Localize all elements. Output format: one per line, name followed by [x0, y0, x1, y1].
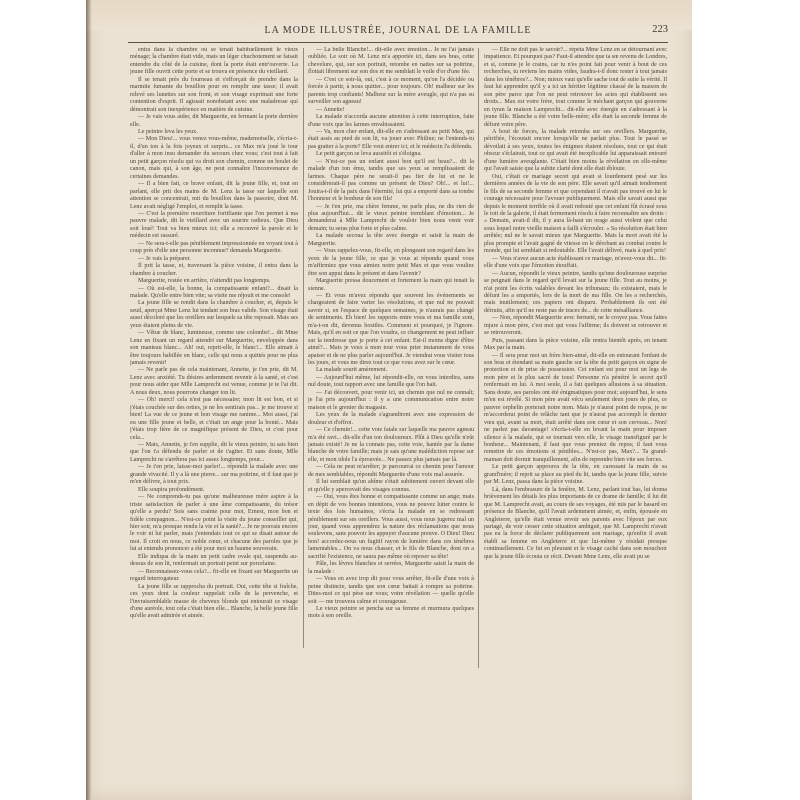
magazine-page: LA MODE ILLUSTRÉE, JOURNAL DE LA FAMILLE…: [86, 0, 692, 800]
paragraph: Il se tenait près du fourneau et s'effor…: [130, 77, 298, 114]
paragraph: — Où est-elle, la bonne, la compatissant…: [130, 286, 298, 301]
paragraph: Le vieux peintre se pencha sur sa femme …: [308, 606, 474, 621]
binding-edge: [86, 0, 92, 800]
paragraph: La jeune fille se rapprocha du portrait.…: [130, 584, 298, 621]
paragraph: — Cela ne peut m'arrêter; je parcourrai …: [308, 464, 474, 479]
paragraph: — Elle ne doit pas le savoir?... répéta …: [484, 47, 667, 129]
paragraph: — Non, répondit Marguerite avec fermeté,…: [484, 315, 667, 337]
paragraph: — Va, mon cher enfant, dit-elle en s'adr…: [308, 129, 474, 151]
paragraph: La malade sourit amèrement.: [308, 367, 474, 374]
paragraph: A bout de forces, la malade retomba sur …: [484, 129, 667, 174]
paragraph: Puis, passant dans la pièce voisine, ell…: [484, 338, 667, 353]
text-columns: entra dans la chambre où se tenait habit…: [130, 47, 668, 787]
paragraph: Le petit garçon approuva de la tête, en …: [484, 464, 667, 486]
paragraph: — C'est la première nourriture fortifian…: [130, 211, 298, 241]
paragraph: — C'est ce soir-là, oui, c'est à ce mome…: [308, 77, 474, 107]
paragraph: — Oui, vous êtes bonne et compatissante …: [308, 494, 474, 561]
paragraph: — Aucun, répondit le vieux peintre, tand…: [484, 271, 667, 316]
paragraph: Les yeux de la malade s'agrandirent avec…: [308, 412, 474, 427]
header-rule: [128, 42, 668, 43]
paragraph: — Il sera pour moi un frère bien-aimé, d…: [484, 353, 667, 465]
paragraph: — Ne sera-t-elle pas péniblement impress…: [130, 241, 298, 256]
paragraph: Le petit garçon se leva aussitôt et s'él…: [308, 151, 474, 158]
paragraph: — Vous rappelez-vous, fit-elle, en plong…: [308, 248, 474, 278]
paragraph: La malade secoua la tête avec énergie et…: [308, 233, 474, 248]
paragraph: — Je t'en prie, ma chère femme, ne parle…: [308, 204, 474, 234]
paragraph: entra dans la chambre où se tenait habit…: [130, 47, 298, 77]
paragraph: Là, dans l'embrasure de la fenêtre, M. L…: [484, 487, 667, 562]
paragraph: Marguerite, restée en arrière, n'attendi…: [130, 278, 298, 285]
paragraph: — Ne parle pas de cela maintenant, Annet…: [130, 367, 298, 397]
paragraph: — Mais, Annette, je t'en supplie, dit le…: [130, 442, 298, 464]
paragraph: — Vous en avez trop dit pour vous arrête…: [308, 576, 474, 606]
paragraph: Elle indiqua de la main un petit cadre o…: [130, 554, 298, 569]
paragraph: — Vous n'avez aucun acte établissant ce …: [484, 256, 667, 271]
paragraph: Marguerite pressa doucement et fortement…: [308, 278, 474, 293]
paragraph: — J'ai découvert, pour venir ici, un che…: [308, 390, 474, 412]
paragraph: — N'est-ce pas un enfant aussi bon qu'il…: [308, 159, 474, 204]
column-left: entra dans la chambre où se tenait habit…: [130, 47, 298, 787]
paragraph: — Il a bien fait, ce brave enfant, dit l…: [130, 181, 298, 211]
paragraph: — Reconnaissez-vous cela?... fit-elle en…: [130, 569, 298, 584]
page-number: 223: [652, 24, 668, 35]
paragraph: — Aujourd'hui même, lui répondit-elle, o…: [308, 375, 474, 390]
paragraph: — Je vais la préparer.: [130, 256, 298, 263]
paragraph: — Oh! merci! cela n'est pas nécessaire; …: [130, 397, 298, 442]
paragraph: Elle soupira profondément.: [130, 487, 298, 494]
column-middle: — La belle Blanche!... dit-elle avec émo…: [308, 47, 474, 787]
paragraph: Il prit la tasse, et, traversant la pièc…: [130, 263, 298, 278]
paragraph: — Je t'en prie, laisse-moi parler!... ré…: [130, 464, 298, 486]
paragraph: — Et vous m'avez répondu que souvent les…: [308, 293, 474, 368]
paragraph: — Ce chemin!... cette voie fatale sur la…: [308, 427, 474, 464]
paragraph: Le peintre leva les yeux.: [130, 129, 298, 136]
paragraph: La malade n'accorda aucune attention à c…: [308, 114, 474, 129]
paragraph: — Annette!: [308, 107, 474, 114]
running-head: LA MODE ILLUSTRÉE, JOURNAL DE LA FAMILLE: [128, 25, 668, 36]
paragraph: — Vêtue de blanc, lumineuse, comme une c…: [130, 330, 298, 367]
paragraph: — La belle Blanche!... dit-elle avec émo…: [308, 47, 474, 77]
paragraph: — Mon Dieu!... vous venez vous-même, mad…: [130, 136, 298, 181]
paragraph: — Je vais vous aider, dit Marguerite, en…: [130, 114, 298, 129]
paragraph: La jeune fille se rendit dans la chambre…: [130, 300, 298, 330]
paragraph: Pâle, les lèvres blanches et serrées, Ma…: [308, 561, 474, 576]
paragraph: — Ne comprends-tu pas qu'une malheureuse…: [130, 494, 298, 554]
paragraph: Il lui semblait qu'un abîme s'était subi…: [308, 479, 474, 494]
page-header: LA MODE ILLUSTRÉE, JOURNAL DE LA FAMILLE…: [128, 22, 668, 38]
paragraph: Oui, c'était ce mariage secret qui avait…: [484, 174, 667, 256]
column-right: — Elle ne doit pas le savoir?... répéta …: [484, 47, 667, 787]
